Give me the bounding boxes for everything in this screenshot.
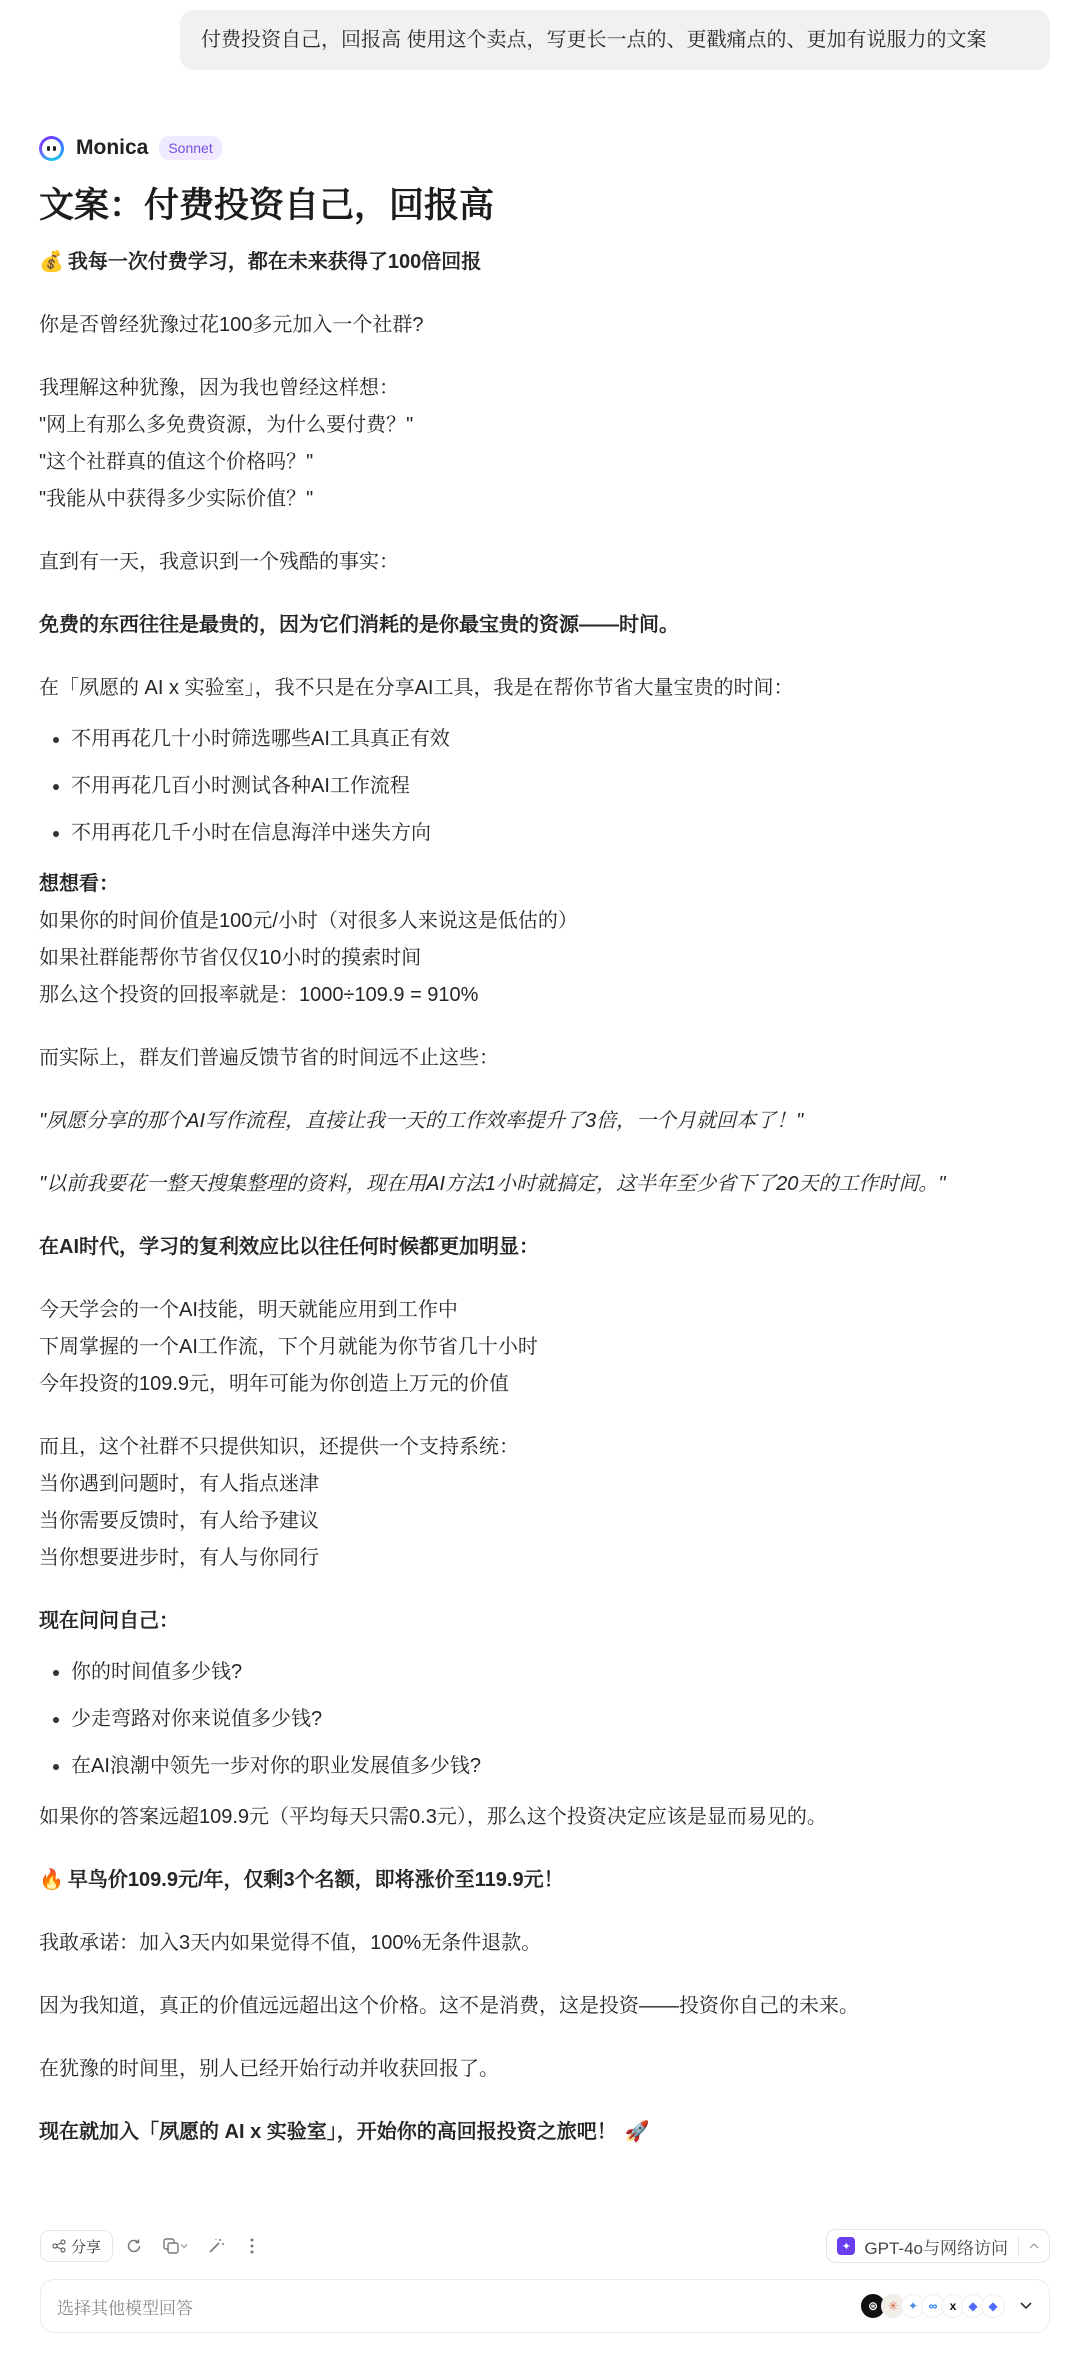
message-toolbar: 分享 ✦ GPT-4o与网络访问: [40, 2229, 1050, 2263]
bot-name: Monica: [76, 136, 148, 160]
paragraph: 而且，这个社群不只提供知识，还提供一个支持系统：: [39, 1429, 1039, 1466]
paragraph: 如果社群能帮你节省仅仅10小时的摸索时间: [39, 940, 1039, 977]
paragraph: 今天学会的一个AI技能，明天就能应用到工作中: [39, 1292, 1039, 1329]
paragraph-bold: 在AI时代，学习的复利效应比以往任何时候都更加明显：: [39, 1229, 1039, 1266]
other-model-placeholder: 选择其他模型回答: [57, 2294, 193, 2319]
share-label: 分享: [71, 2236, 101, 2257]
paragraph: 我敢承诺：加入3天内如果觉得不值，100%无条件退款。: [39, 1925, 1039, 1962]
paragraph: 因为我知道，真正的价值远远超出这个价格。这不是消费，这是投资——投资你自己的未来…: [39, 1988, 1039, 2025]
paragraph: 当你想要进步时，有人与你同行: [39, 1540, 1039, 1577]
model-avatar-stack: ⊛ ✳ ✦ ∞ x ◆ ◆: [865, 2294, 1005, 2318]
more-icon: [249, 2237, 255, 2255]
cta-text: 现在就加入「夙愿的 AI x 实验室」，开始你的高回报投资之旅吧！: [39, 2121, 617, 2143]
rocket-icon: 🚀: [625, 2114, 650, 2151]
bot-header: Monica Sonnet: [39, 133, 222, 163]
subtitle: 💰我每一次付费学习，都在未来获得了100倍回报: [39, 244, 1039, 281]
paragraph: 你是否曾经犹豫过花100多元加入一个社群?: [39, 307, 1039, 344]
paragraph: 直到有一天，我意识到一个残酷的事实：: [39, 544, 1039, 581]
sparkle-icon: ✦: [837, 2237, 855, 2255]
divider: [1018, 2237, 1019, 2255]
testimonial-quote: "以前我要花一整天搜集整理的资料，现在用AI方法1小时就搞定，这半年至少省下了2…: [39, 1166, 1039, 1203]
list-item: 不用再花几百小时测试各种AI工作流程: [39, 768, 1039, 805]
share-icon: [52, 2239, 66, 2253]
paragraph: 那么这个投资的回报率就是：1000÷109.9 = 910%: [39, 977, 1039, 1014]
paragraph: 在「夙愿的 AI x 实验室」，我不只是在分享AI工具，我是在帮你节省大量宝贵的…: [39, 670, 1039, 707]
list-item: 在AI浪潮中领先一步对你的职业发展值多少钱?: [39, 1748, 1039, 1785]
regenerate-button[interactable]: [119, 2231, 149, 2261]
user-message-bubble: 付费投资自己，回报高 使用这个卖点，写更长一点的、更戳痛点的、更加有说服力的文案: [180, 10, 1050, 70]
chevron-down-icon: [180, 2242, 188, 2250]
copy-icon: [162, 2237, 180, 2255]
paragraph: 在犹豫的时间里，别人已经开始行动并收获回报了。: [39, 2051, 1039, 2088]
model-selector-label: GPT-4o与网络访问: [864, 2234, 1008, 2259]
paragraph: "网上有那么多免费资源，为什么要付费？": [39, 407, 1039, 444]
paragraph-bold: 免费的东西往往是最贵的，因为它们消耗的是你最宝贵的资源——时间。: [39, 607, 1039, 644]
more-button[interactable]: [237, 2231, 267, 2261]
list-item: 不用再花几千小时在信息海洋中迷失方向: [39, 815, 1039, 852]
testimonial-quote: "夙愿分享的那个AI写作流程，直接让我一天的工作效率提升了3倍，一个月就回本了！…: [39, 1103, 1039, 1140]
response-content: 文案：付费投资自己，回报高 💰我每一次付费学习，都在未来获得了100倍回报 你是…: [39, 180, 1039, 2151]
paragraph: 下周掌握的一个AI工作流，下个月就能为你节省几十小时: [39, 1329, 1039, 1366]
ask-label: 现在问问自己：: [39, 1603, 1039, 1640]
paragraph: 如果你的答案远超109.9元（平均每天只需0.3元），那么这个投资决定应该是显而…: [39, 1799, 1039, 1836]
other-model-selector[interactable]: 选择其他模型回答 ⊛ ✳ ✦ ∞ x ◆ ◆: [40, 2279, 1050, 2333]
model-badge: Sonnet: [159, 136, 221, 160]
copy-button[interactable]: [155, 2231, 195, 2261]
bullet-list: 不用再花几十小时筛选哪些AI工具真正有效 不用再花几百小时测试各种AI工作流程 …: [39, 721, 1039, 852]
article-title: 文案：付费投资自己，回报高: [39, 180, 1039, 232]
paragraph: 当你遇到问题时，有人指点迷津: [39, 1466, 1039, 1503]
list-item: 你的时间值多少钱?: [39, 1654, 1039, 1691]
paragraph: 今年投资的109.9元，明年可能为你创造上万元的价值: [39, 1366, 1039, 1403]
paragraph: "我能从中获得多少实际价值？": [39, 481, 1039, 518]
deepseek-icon: ◆: [981, 2294, 1005, 2318]
offer-line: 🔥早鸟价109.9元/年，仅剩3个名额，即将涨价至119.9元！: [39, 1862, 1039, 1899]
paragraph: 而实际上，群友们普遍反馈节省的时间远不止这些：: [39, 1040, 1039, 1077]
magic-button[interactable]: [201, 2231, 231, 2261]
paragraph: 我理解这种犹豫，因为我也曾经这样想：: [39, 370, 1039, 407]
fire-icon: 🔥: [39, 1862, 64, 1899]
chevron-down-icon[interactable]: [1019, 2301, 1033, 2311]
magic-wand-icon: [207, 2237, 225, 2255]
think-label: 想想看：: [39, 866, 1039, 903]
chevron-up-icon[interactable]: [1029, 2242, 1039, 2250]
list-item: 不用再花几十小时筛选哪些AI工具真正有效: [39, 721, 1039, 758]
paragraph: 如果你的时间价值是100元/小时（对很多人来说这是低估的）: [39, 903, 1039, 940]
paragraph: 当你需要反馈时，有人给予建议: [39, 1503, 1039, 1540]
list-item: 少走弯路对你来说值多少钱?: [39, 1701, 1039, 1738]
refresh-icon: [125, 2237, 143, 2255]
bullet-list: 你的时间值多少钱? 少走弯路对你来说值多少钱? 在AI浪潮中领先一步对你的职业发…: [39, 1654, 1039, 1785]
money-bag-icon: 💰: [39, 244, 64, 281]
paragraph: "这个社群真的值这个价格吗？": [39, 444, 1039, 481]
offer-text: 早鸟价109.9元/年，仅剩3个名额，即将涨价至119.9元！: [68, 1869, 564, 1891]
monica-logo-icon: [39, 136, 64, 161]
model-selector-button[interactable]: ✦ GPT-4o与网络访问: [826, 2229, 1050, 2263]
share-button[interactable]: 分享: [40, 2230, 113, 2262]
subtitle-text: 我每一次付费学习，都在未来获得了100倍回报: [68, 251, 481, 273]
cta-line: 现在就加入「夙愿的 AI x 实验室」，开始你的高回报投资之旅吧！🚀: [39, 2114, 1039, 2151]
